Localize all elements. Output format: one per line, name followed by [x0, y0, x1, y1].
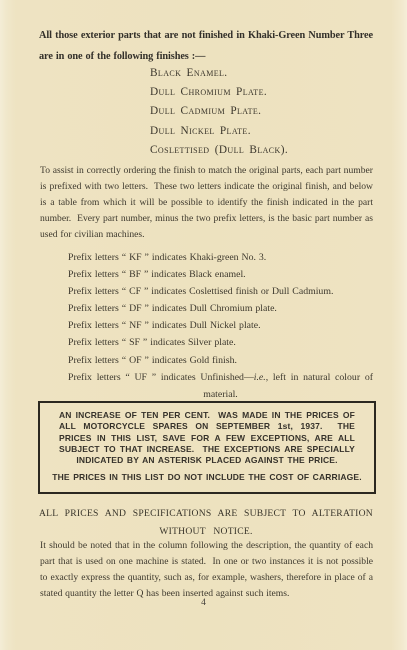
finish-item: Dull Chromium Plate.	[150, 83, 288, 102]
finish-item: Black Enamel.	[150, 64, 288, 83]
page-number: 4	[0, 598, 407, 608]
prefix-row-sf: Prefix letters “ SF ” indicates Silver p…	[68, 334, 373, 351]
prefix-row-nf: Prefix letters “ NF ” indicates Dull Nic…	[68, 317, 373, 334]
intro-heading: All those exterior parts that are not fi…	[39, 26, 373, 67]
finish-item: Dull Cadmium Plate.	[150, 102, 288, 121]
prefix-row-of: Prefix letters “ OF ” indicates Gold fin…	[68, 352, 373, 369]
prefix-row-bf: Prefix letters “ BF ” indicates Black en…	[68, 266, 373, 283]
price-increase-notice-box: AN INCREASE OF TEN PER CENT. WAS MADE IN…	[38, 401, 376, 494]
price-increase-paragraph: AN INCREASE OF TEN PER CENT. WAS MADE IN…	[59, 410, 355, 466]
prefix-row-kf: Prefix letters “ KF ” indicates Khaki-gr…	[68, 249, 373, 266]
alteration-notice: ALL PRICES AND SPECIFICATIONS ARE SUBJEC…	[39, 505, 373, 540]
finishes-list: Black Enamel. Dull Chromium Plate. Dull …	[150, 64, 288, 160]
finish-item: Dull Nickel Plate.	[150, 122, 288, 141]
prefix-row-cf: Prefix letters “ CF ” indicates Cosletti…	[68, 283, 373, 300]
ordering-paragraph: To assist in correctly ordering the fini…	[40, 163, 373, 243]
prefix-row-df: Prefix letters “ DF ” indicates Dull Chr…	[68, 300, 373, 317]
finish-item: Coslettised (Dull Black).	[150, 141, 288, 160]
prefix-row-uf: Prefix letters “ UF ” indicates Unfinish…	[68, 369, 373, 403]
prefix-letters-table: Prefix letters “ KF ” indicates Khaki-gr…	[68, 249, 373, 403]
quantity-note-paragraph: It should be noted that in the column fo…	[40, 538, 373, 602]
carriage-cost-paragraph: THE PRICES IN THIS LIST DO NOT INCLUDE T…	[49, 472, 365, 483]
document-page: All those exterior parts that are not fi…	[0, 0, 407, 650]
